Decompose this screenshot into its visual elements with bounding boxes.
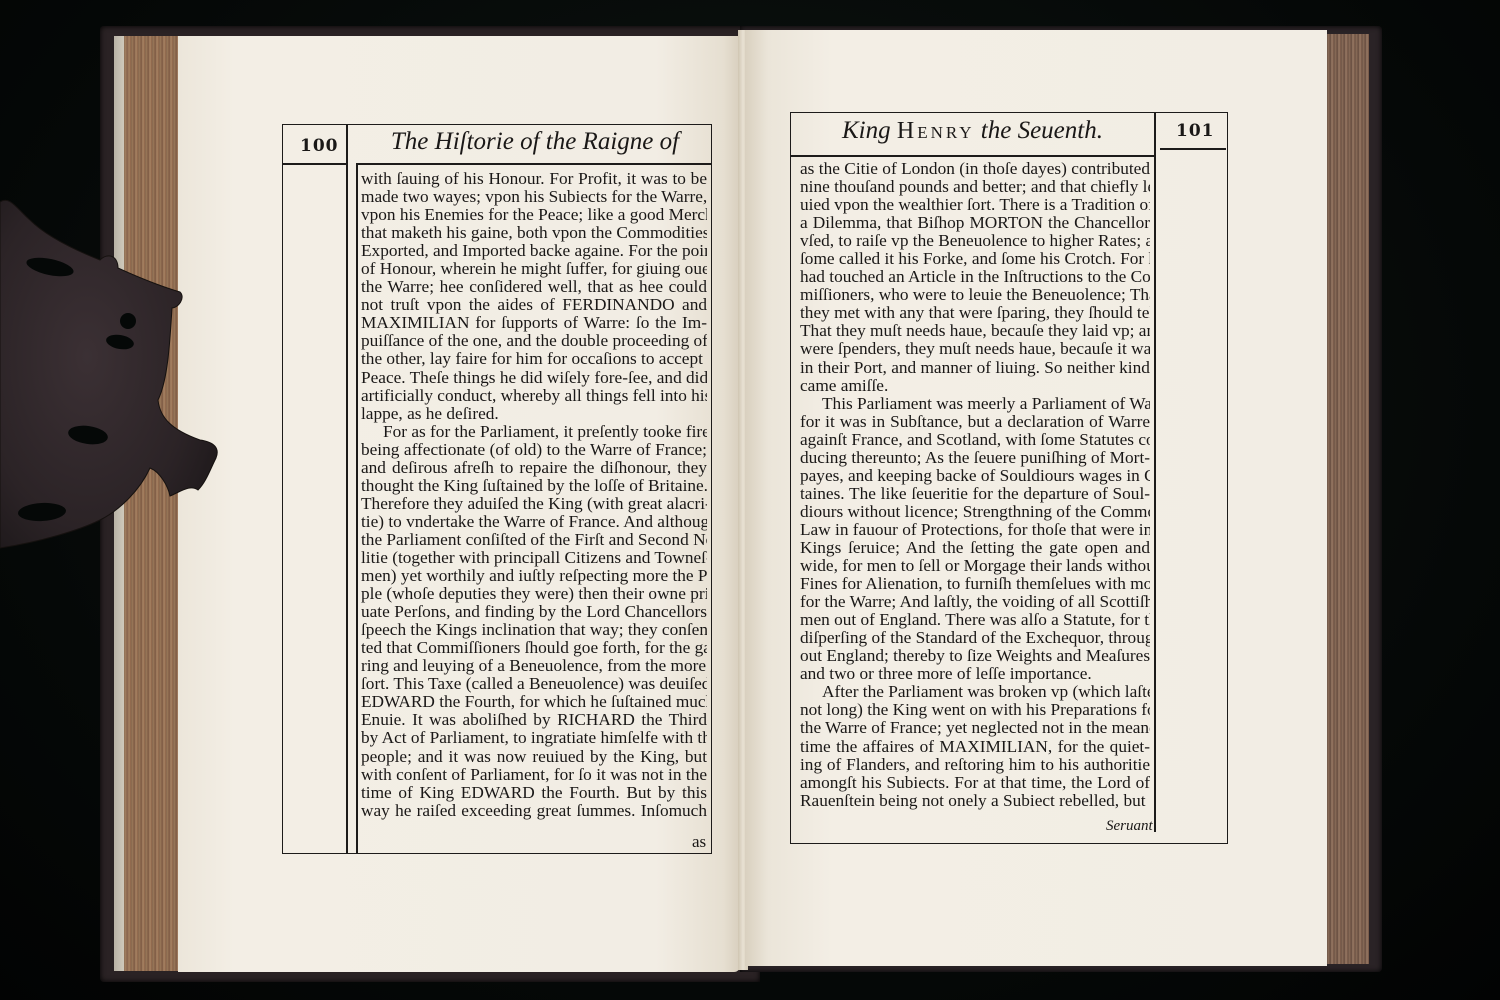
text-line: as the Citie of London (in thoſe dayes) …: [800, 160, 1150, 178]
right-margin-rule: [1154, 112, 1156, 832]
text-line: Enuie. It was aboliſhed by RICHARD the T…: [361, 711, 707, 729]
text-line: ring and leuying of a Beneuolence, from …: [361, 657, 707, 675]
text-line: taines. The like ſeueritie for the depar…: [800, 485, 1150, 503]
text-line: people; and it was now reuiued by the Ki…: [361, 748, 707, 766]
text-line: MAXIMILIAN for ſupports of Warre: ſo the…: [361, 314, 707, 332]
text-line: for it was in Subſtance, but a declarati…: [800, 413, 1150, 431]
text-line: litie (together with principall Citizens…: [361, 549, 707, 567]
text-line: tie) to vndertake the Warre of France. A…: [361, 513, 707, 531]
text-line: This Parliament was meerly a Parliament …: [800, 395, 1150, 413]
text-line: not long) the King went on with his Prep…: [800, 701, 1150, 719]
catchword-right: Seruant: [1106, 818, 1153, 835]
text-line: with ſauing of his Honour. For Profit, i…: [361, 170, 707, 188]
left-text-body: with ſauing of his Honour. For Profit, i…: [361, 170, 707, 820]
text-line: lappe, as he deſired.: [361, 405, 707, 423]
text-line: miſſioners, who were to leuie the Beneuo…: [800, 286, 1150, 304]
text-line: uied vpon the wealthier ſort. There is a…: [800, 196, 1150, 214]
text-line: For as for the Parliament, it preſently …: [361, 423, 707, 441]
text-line: way he raiſed exceeding great ſummes. In…: [361, 802, 707, 820]
text-line: vſed, to raiſe vp the Beneuolence to hig…: [800, 232, 1150, 250]
text-line: the Parliament conſiſted of the Firſt an…: [361, 531, 707, 549]
text-line: diſperſing of the Standard of the Excheq…: [800, 629, 1150, 647]
text-line: Therefore they aduiſed the King (with gr…: [361, 495, 707, 513]
text-line: time of King EDWARD the Fourth. But by t…: [361, 784, 707, 802]
text-line: Law in fauour of Protections, for thoſe …: [800, 521, 1150, 539]
text-line: ſort. This Taxe (called a Beneuolence) w…: [361, 675, 707, 693]
text-line: payes, and keeping backe of Souldiours w…: [800, 467, 1150, 485]
running-head-henry: Henry: [897, 118, 975, 144]
text-line: ducing thereunto; As the ſeuere puniſhin…: [800, 449, 1150, 467]
text-line: a Dilemma, that Biſhop MORTON the Chance…: [800, 214, 1150, 232]
text-line: out England; thereby to ſize Weights and…: [800, 647, 1150, 665]
folio-right: 101: [1176, 121, 1215, 141]
text-line: came amiſſe.: [800, 377, 1150, 395]
text-line: of Honour, wherein he might ſuffer, for …: [361, 260, 707, 278]
text-line: that maketh his gaine, both vpon the Com…: [361, 224, 707, 242]
text-line: puiſſance of the one, and the double pro…: [361, 332, 707, 350]
text-line: Exported, and Imported backe againe. For…: [361, 242, 707, 260]
text-line: Rauenſtein being not onely a Subiect reb…: [800, 792, 1150, 810]
text-line: artificially conduct, whereby all things…: [361, 387, 707, 405]
text-line: ing of Flanders, and reſtoring him to hi…: [800, 756, 1150, 774]
text-line: for the Warre; And laſtly, the voiding o…: [800, 593, 1150, 611]
text-line: being affectionate (of old) to the Warre…: [361, 441, 707, 459]
running-head-seventh: the Seuenth.: [975, 117, 1103, 144]
text-line: the other, lay faire for him for occaſio…: [361, 350, 707, 368]
running-head-king: King: [842, 117, 897, 144]
text-line: and two or three more of leſſe importanc…: [800, 665, 1150, 683]
folio-left: 100: [300, 136, 339, 156]
text-line: in their Port, and manner of liuing. So …: [800, 359, 1150, 377]
right-header-rule: [790, 155, 1154, 157]
running-head-right: King Henry the Seuenth.: [795, 117, 1150, 145]
text-line: had touched an Article in the Inſtructio…: [800, 268, 1150, 286]
text-line: nine thouſand pounds and better; and tha…: [800, 178, 1150, 196]
left-header-rule-main: [356, 163, 712, 165]
left-text-leftrule: [356, 163, 358, 853]
text-line: with conſent of Parliament, for ſo it wa…: [361, 766, 707, 784]
catchword-left: as: [692, 832, 706, 852]
text-line: made two wayes; vpon his Subiects for th…: [361, 188, 707, 206]
right-text-body: as the Citie of London (in thoſe dayes) …: [800, 160, 1150, 810]
text-line: EDWARD the Fourth, for which he ſuſtaine…: [361, 693, 707, 711]
text-line: Kings ſeruice; And the ſetting the gate …: [800, 539, 1150, 557]
text-line: ted that Commiſſioners ſhould goe forth,…: [361, 639, 707, 657]
open-book: 100 The Hiſtorie of the Raigne of with ſ…: [0, 0, 1500, 1000]
text-line: and deſirous afreſh to repaire the diſho…: [361, 459, 707, 477]
text-line: That they muſt needs haue, becauſe they …: [800, 322, 1150, 340]
left-header-rule: [282, 163, 346, 165]
text-line: uate Perſons, and finding by the Lord Ch…: [361, 603, 707, 621]
running-head-left: The Hiſtorie of the Raigne of: [360, 128, 710, 156]
text-line: were ſpenders, they muſt needs haue, bec…: [800, 340, 1150, 358]
metal-clasp-icon: [0, 190, 230, 550]
text-line: amongſt his Subiects. For at that time, …: [800, 774, 1150, 792]
text-line: the Warre; hee conſidered well, that as …: [361, 278, 707, 296]
text-line: againſt France, and Scotland, with ſome …: [800, 431, 1150, 449]
text-line: ple (whoſe deputies they were) then thei…: [361, 585, 707, 603]
text-line: men) yet worthily and iuſtly reſpecting …: [361, 567, 707, 585]
text-line: men out of England. There was alſo a Sta…: [800, 611, 1150, 629]
text-line: Peace. Theſe things he did wiſely fore-ſ…: [361, 369, 707, 387]
left-margin-rule: [346, 124, 348, 854]
text-line: time the affaires of MAXIMILIAN, for the…: [800, 738, 1150, 756]
text-line: they met with any that were ſparing, the…: [800, 304, 1150, 322]
text-line: diours without licence; Strengthning of …: [800, 503, 1150, 521]
text-line: Fines for Alienation, to furniſh themſel…: [800, 575, 1150, 593]
text-line: ſome called it his Forke, and ſome his C…: [800, 250, 1150, 268]
text-line: not truſt vpon the aides of FERDINANDO a…: [361, 296, 707, 314]
text-line: vpon his Enemies for the Peace; like a g…: [361, 206, 707, 224]
text-line: by Act of Parliament, to ingratiate himſ…: [361, 729, 707, 747]
page-edges-right: [1327, 34, 1369, 964]
text-line: the Warre of France; yet neglected not i…: [800, 719, 1150, 737]
right-folio-rule: [1160, 148, 1226, 150]
text-line: ſpeech the Kings inclination that way; t…: [361, 621, 707, 639]
text-line: wide, for men to ſell or Morgage their l…: [800, 557, 1150, 575]
text-line: After the Parliament was broken vp (whic…: [800, 683, 1150, 701]
text-line: thought the King ſuſtained by the loſſe …: [361, 477, 707, 495]
